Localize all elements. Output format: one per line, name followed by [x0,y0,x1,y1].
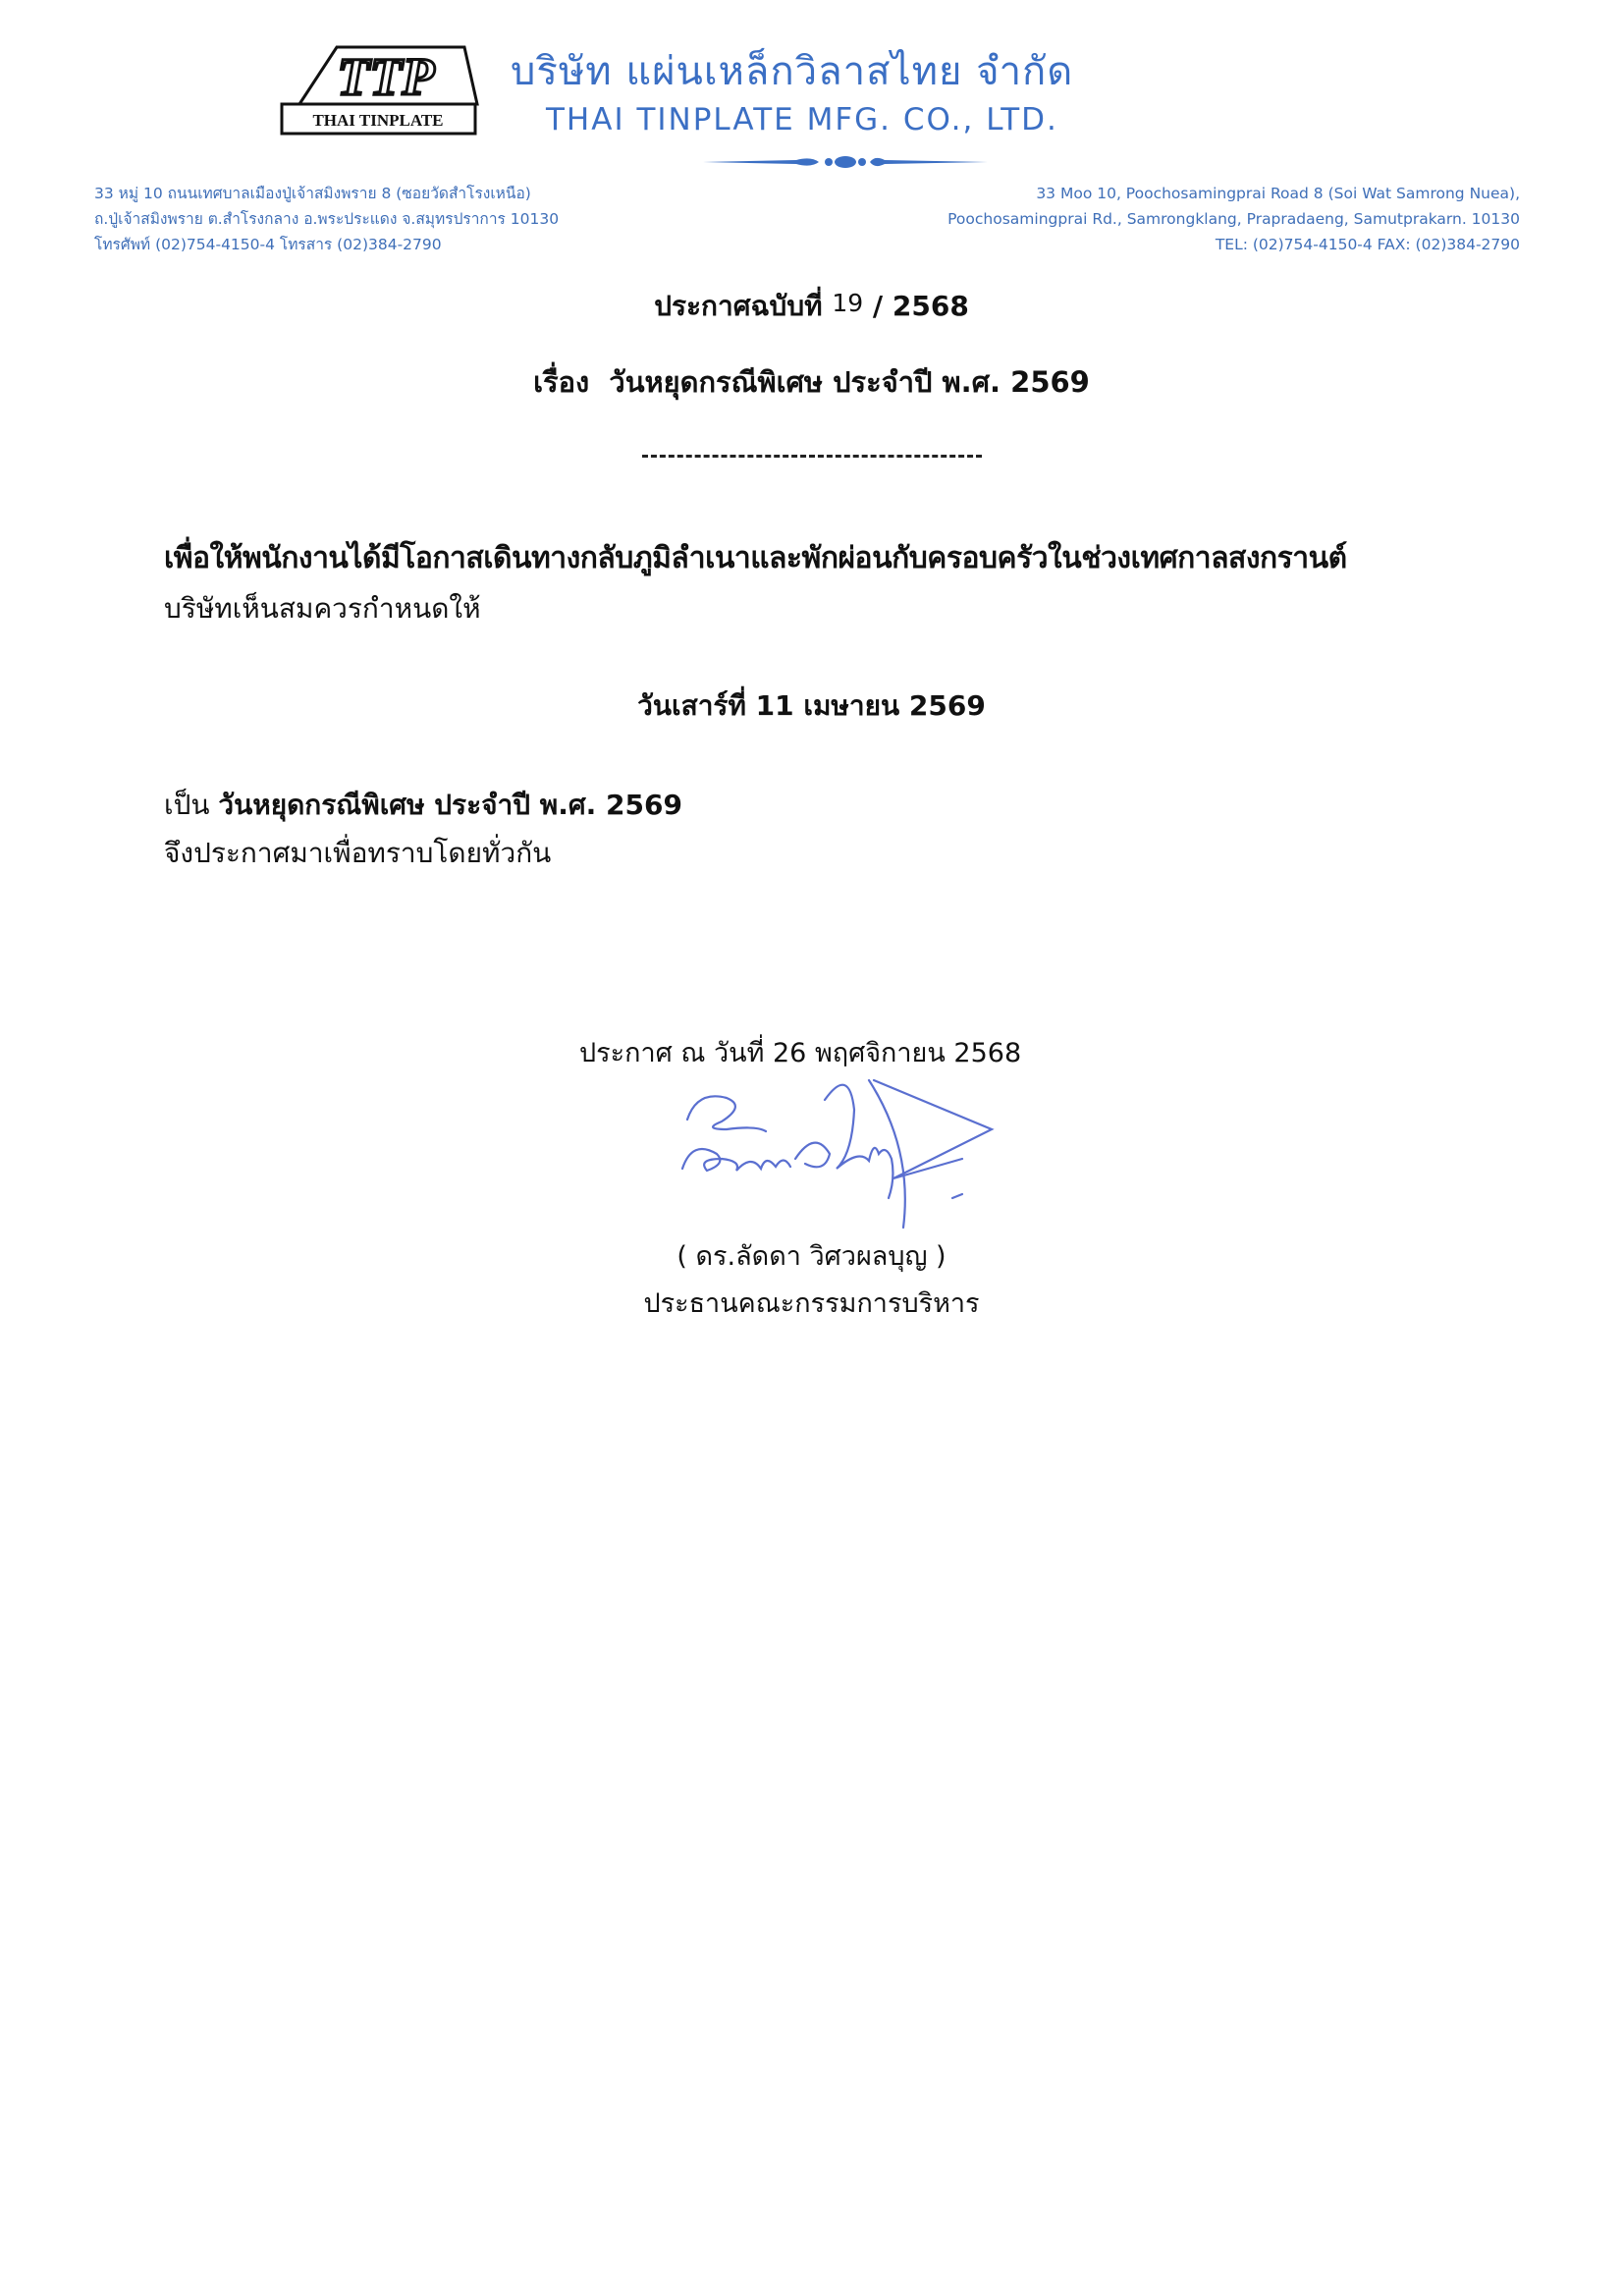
address-thai: 33 หมู่ 10 ถนนเทศบาลเมืองปู่เจ้าสมิงพราย… [94,181,559,257]
address-english-line: 33 Moo 10, Poochosamingprai Road 8 (Soi … [947,181,1520,206]
signer-name: ( ดร.ลัดดา วิศวผลบุญ ) [0,1234,1623,1277]
signer-title: ประธานคณะกรรมการบริหาร [0,1282,1623,1324]
svg-text:TTP: TTP [338,47,436,106]
body-paragraph-decision: บริษัทเห็นสมควรกำหนดให้ [164,587,481,630]
holiday-date: วันเสาร์ที่ 11 เมษายน 2569 [0,684,1623,728]
address-thai-line: โทรศัพท์ (02)754-4150-4 โทรสาร (02)384-2… [94,232,559,257]
separator-line [642,455,982,458]
svg-text:THAI TINPLATE: THAI TINPLATE [312,111,443,130]
body-paragraph-purpose: เพื่อให้พนักงานได้มีโอกาสเดินทางกลับภูมิ… [164,535,1347,581]
body-paragraph-closing: จึงประกาศมาเพื่อทราบโดยทั่วกัน [164,832,551,875]
company-name-english: THAI TINPLATE MFG. CO., LTD. [546,102,1058,137]
announcement-subject: เรื่อง วันหยุดกรณีพิเศษ ประจำปี พ.ศ. 256… [0,359,1623,405]
announcement-number: ประกาศฉบับที่ 19 / 2568 [0,285,1623,328]
announcement-number-value: 19 [832,289,863,317]
company-name-thai: บริษัท แผ่นเหล็กวิลาสไทย จำกัด [511,39,1073,102]
signature-icon [668,1061,1041,1237]
body-paragraph-designation: เป็น วันหยุดกรณีพิเศษ ประจำปี พ.ศ. 2569 [164,784,682,827]
address-thai-line: 33 หมู่ 10 ถนนเทศบาลเมืองปู่เจ้าสมิงพราย… [94,181,559,206]
address-english: 33 Moo 10, Poochosamingprai Road 8 (Soi … [947,181,1520,257]
address-english-line: Poochosamingprai Rd., Samrongklang, Prap… [947,206,1520,232]
company-logo: TTP THAI TINPLATE [278,43,479,137]
address-english-line: TEL: (02)754-4150-4 FAX: (02)384-2790 [947,232,1520,257]
ornament-divider-icon [703,152,988,172]
address-thai-line: ถ.ปู่เจ้าสมิงพราย ต.สำโรงกลาง อ.พระประแด… [94,206,559,232]
